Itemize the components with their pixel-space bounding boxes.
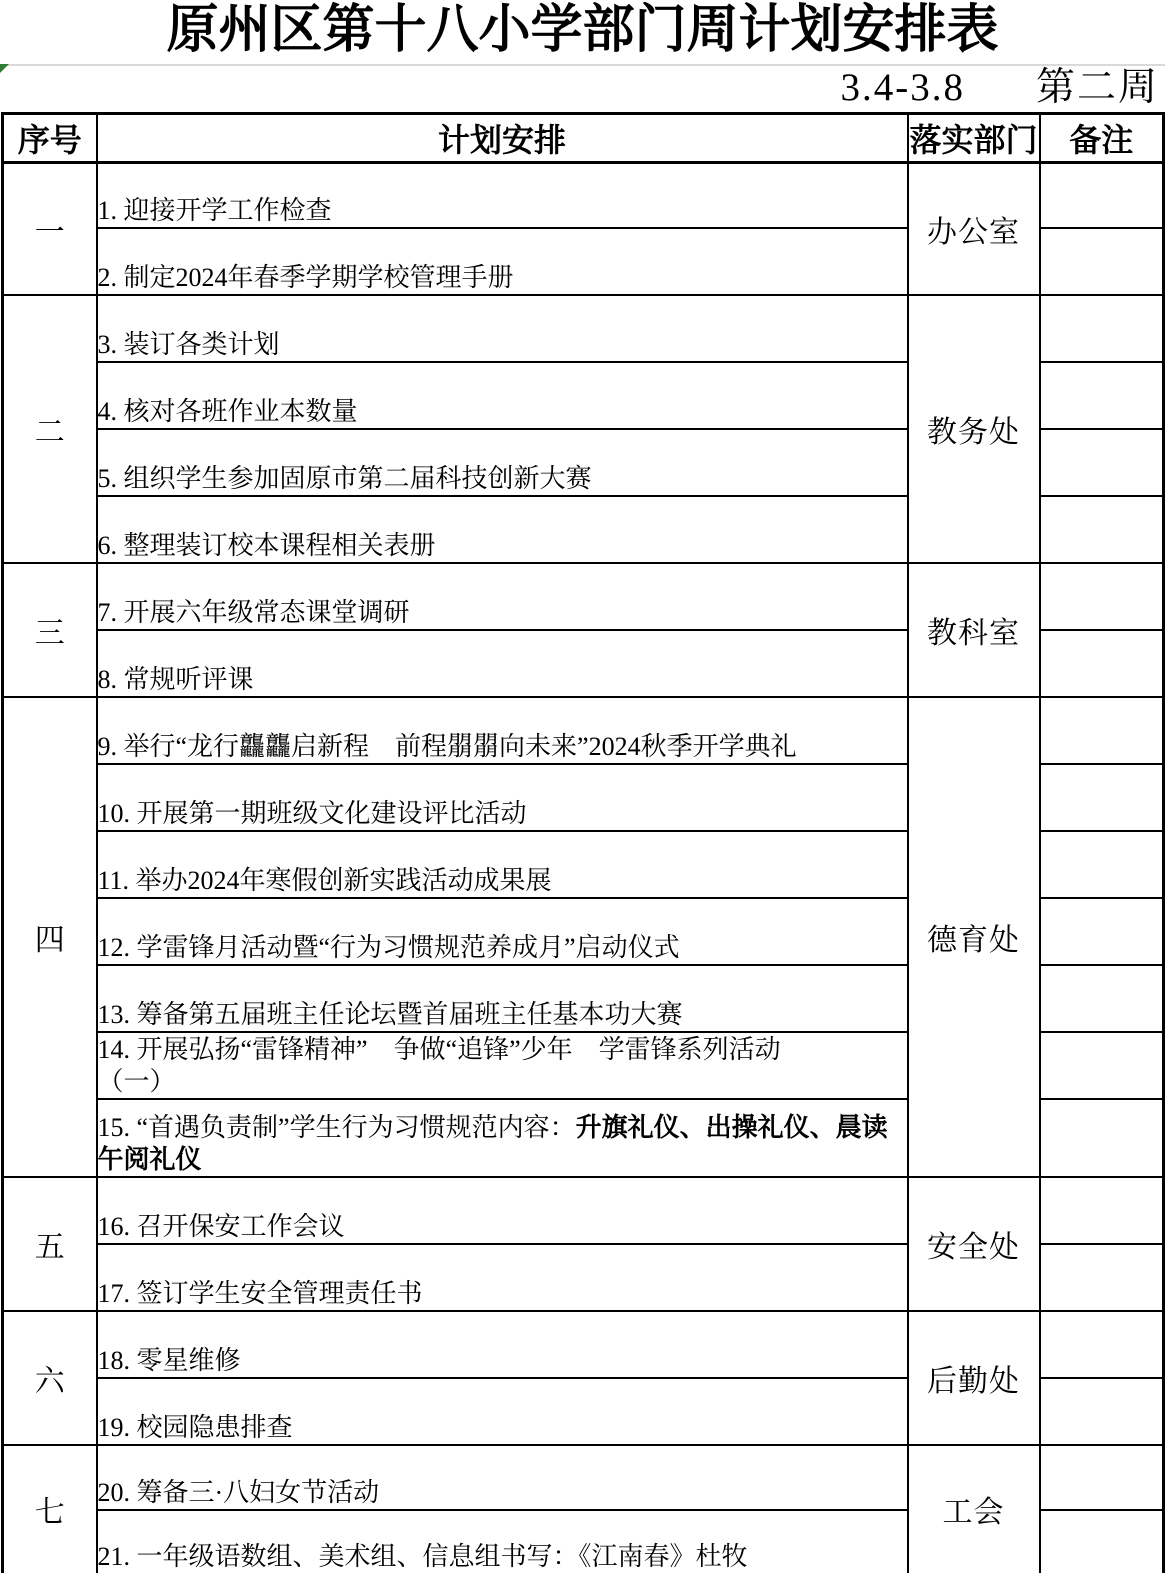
divider-line [0,64,1165,66]
plan-item-text: 4. 核对各班作业本数量 [98,397,358,426]
section-label-cell: 一 [3,163,97,295]
remark-cell [1040,831,1164,898]
plan-item-cell: 2. 制定2024年春季学期学校管理手册 [97,228,908,295]
department-cell: 教科室 [908,563,1040,697]
plan-item-cell: 6. 整理装订校本课程相关表册 [97,496,908,563]
plan-item-text: 10. 开展第一期班级文化建设评比活动 [98,799,527,828]
table-row: 七 20. 筹备三·八妇女节活动 工会 [3,1445,1164,1510]
column-header-index: 序号 [3,114,97,163]
plan-item-text: 13. 筹备第五届班主任论坛暨首届班主任基本功大赛 [98,1000,683,1029]
section-label-cell: 三 [3,563,97,697]
remark-cell [1040,563,1164,630]
page-title: 原州区第十八小学部门周计划安排表 [0,0,1165,62]
plan-item-text: 1. 迎接开学工作检查 [98,196,332,225]
table-row: 二 3. 装订各类计划 教务处 [3,295,1164,362]
plan-item-cell: 11. 举办2024年寒假创新实践活动成果展 [97,831,908,898]
table-row: 三 7. 开展六年级常态课堂调研 教科室 [3,563,1164,630]
week-label: 第二周 [1036,66,1159,110]
plan-item-text: 17. 签订学生安全管理责任书 [98,1279,423,1308]
plan-item-text: 16. 召开保安工作会议 [98,1212,345,1241]
plan-item-text: 5. 组织学生参加固原市第二届科技创新大赛 [98,464,592,493]
plan-item-text: 20. 筹备三·八妇女节活动 [98,1478,380,1507]
remark-cell [1040,1177,1164,1244]
department-cell: 安全处 [908,1177,1040,1311]
remark-cell [1040,362,1164,429]
table-row: 一 1. 迎接开学工作检查 办公室 [3,163,1164,228]
remark-cell [1040,1378,1164,1445]
section-label-cell: 五 [3,1177,97,1311]
plan-item-text: 7. 开展六年级常态课堂调研 [98,598,410,627]
plan-item-cell: 1. 迎接开学工作检查 [97,163,908,228]
plan-item-cell: 21. 一年级语数组、美术组、信息组书写：《江南春》杜牧 [97,1510,908,1573]
section-label-cell: 二 [3,295,97,563]
plan-item-text: 6. 整理装订校本课程相关表册 [98,531,436,560]
remark-cell [1040,697,1164,764]
plan-item-cell: 3. 装订各类计划 [97,295,908,362]
section-label-cell: 六 [3,1311,97,1445]
remark-cell [1040,764,1164,831]
plan-item-text: 18. 零星维修 [98,1346,241,1375]
plan-item-text: 11. 举办2024年寒假创新实践活动成果展 [98,866,552,895]
plan-item-text: 9. 举行“龙行龘龘启新程 前程朤朤向未来”2024秋季开学典礼 [98,732,797,761]
header-row: 序号 计划安排 落实部门 备注 [3,114,1164,163]
column-header-plan: 计划安排 [97,114,908,163]
plan-item-text: 2. 制定2024年春季学期学校管理手册 [98,263,514,292]
plan-item-text: 14. 开展弘扬“雷锋精神” 争做“追锋”少年 学雷锋系列活动 （一） [98,1035,781,1096]
weekly-plan-table: 序号 计划安排 落实部门 备注 一 1. 迎接开学工作检查 办公室 2. 制定2… [1,112,1165,1573]
remark-cell [1040,163,1164,228]
plan-item-text: 12. 学雷锋月活动暨“行为习惯规范养成月”启动仪式 [98,933,680,962]
plan-item-cell: 13. 筹备第五届班主任论坛暨首届班主任基本功大赛 [97,965,908,1032]
remark-cell [1040,496,1164,563]
remark-cell [1040,295,1164,362]
table-row: 四 9. 举行“龙行龘龘启新程 前程朤朤向未来”2024秋季开学典礼 德育处 [3,697,1164,764]
date-range: 3.4-3.8 [841,66,966,110]
department-cell: 教务处 [908,295,1040,563]
department-cell: 工会 [908,1445,1040,1573]
plan-item-cell: 7. 开展六年级常态课堂调研 [97,563,908,630]
plan-item-cell: 12. 学雷锋月活动暨“行为习惯规范养成月”启动仪式 [97,898,908,965]
column-header-remark: 备注 [1040,114,1164,163]
department-cell: 办公室 [908,163,1040,295]
plan-item-cell: 20. 筹备三·八妇女节活动 [97,1445,908,1510]
remark-cell [1040,1032,1164,1099]
remark-cell [1040,1244,1164,1311]
plan-item-cell: 16. 召开保安工作会议 [97,1177,908,1244]
table-row: 六 18. 零星维修 后勤处 [3,1311,1164,1378]
plan-item-text: 15. “首遇负责制”学生行为习惯规范内容： [98,1113,576,1142]
page: 原州区第十八小学部门周计划安排表 3.4-3.8 第二周 序号 计划安排 落实部… [0,0,1165,1573]
remark-cell [1040,429,1164,496]
table-row: 五 16. 召开保安工作会议 安全处 [3,1177,1164,1244]
remark-cell [1040,898,1164,965]
plan-item-cell: 5. 组织学生参加固原市第二届科技创新大赛 [97,429,908,496]
plan-item-text: 21. 一年级语数组、美术组、信息组书写：《江南春》杜牧 [98,1542,748,1571]
plan-item-text: 3. 装订各类计划 [98,330,280,359]
plan-item-cell: 9. 举行“龙行龘龘启新程 前程朤朤向未来”2024秋季开学典礼 [97,697,908,764]
plan-item-text: 19. 校园隐患排查 [98,1413,293,1442]
plan-item-cell: 19. 校园隐患排查 [97,1378,908,1445]
plan-item-cell: 15. “首遇负责制”学生行为习惯规范内容：升旗礼仪、出操礼仪、晨读午阅礼仪 [97,1099,908,1177]
plan-item-cell: 8. 常规听评课 [97,630,908,697]
remark-cell [1040,1099,1164,1177]
department-cell: 后勤处 [908,1311,1040,1445]
remark-cell [1040,1311,1164,1378]
remark-cell [1040,630,1164,697]
remark-cell [1040,1510,1164,1573]
plan-item-cell: 4. 核对各班作业本数量 [97,362,908,429]
section-label-cell: 四 [3,697,97,1177]
section-label-cell: 七 [3,1445,97,1573]
plan-item-cell: 10. 开展第一期班级文化建设评比活动 [97,764,908,831]
remark-cell [1040,228,1164,295]
plan-item-text: 8. 常规听评课 [98,665,254,694]
remark-cell [1040,965,1164,1032]
department-cell: 德育处 [908,697,1040,1177]
plan-item-cell: 14. 开展弘扬“雷锋精神” 争做“追锋”少年 学雷锋系列活动 （一） [97,1032,908,1099]
green-triangle-icon [0,64,9,73]
column-header-department: 落实部门 [908,114,1040,163]
plan-item-cell: 18. 零星维修 [97,1311,908,1378]
remark-cell [1040,1445,1164,1510]
plan-item-cell: 17. 签订学生安全管理责任书 [97,1244,908,1311]
